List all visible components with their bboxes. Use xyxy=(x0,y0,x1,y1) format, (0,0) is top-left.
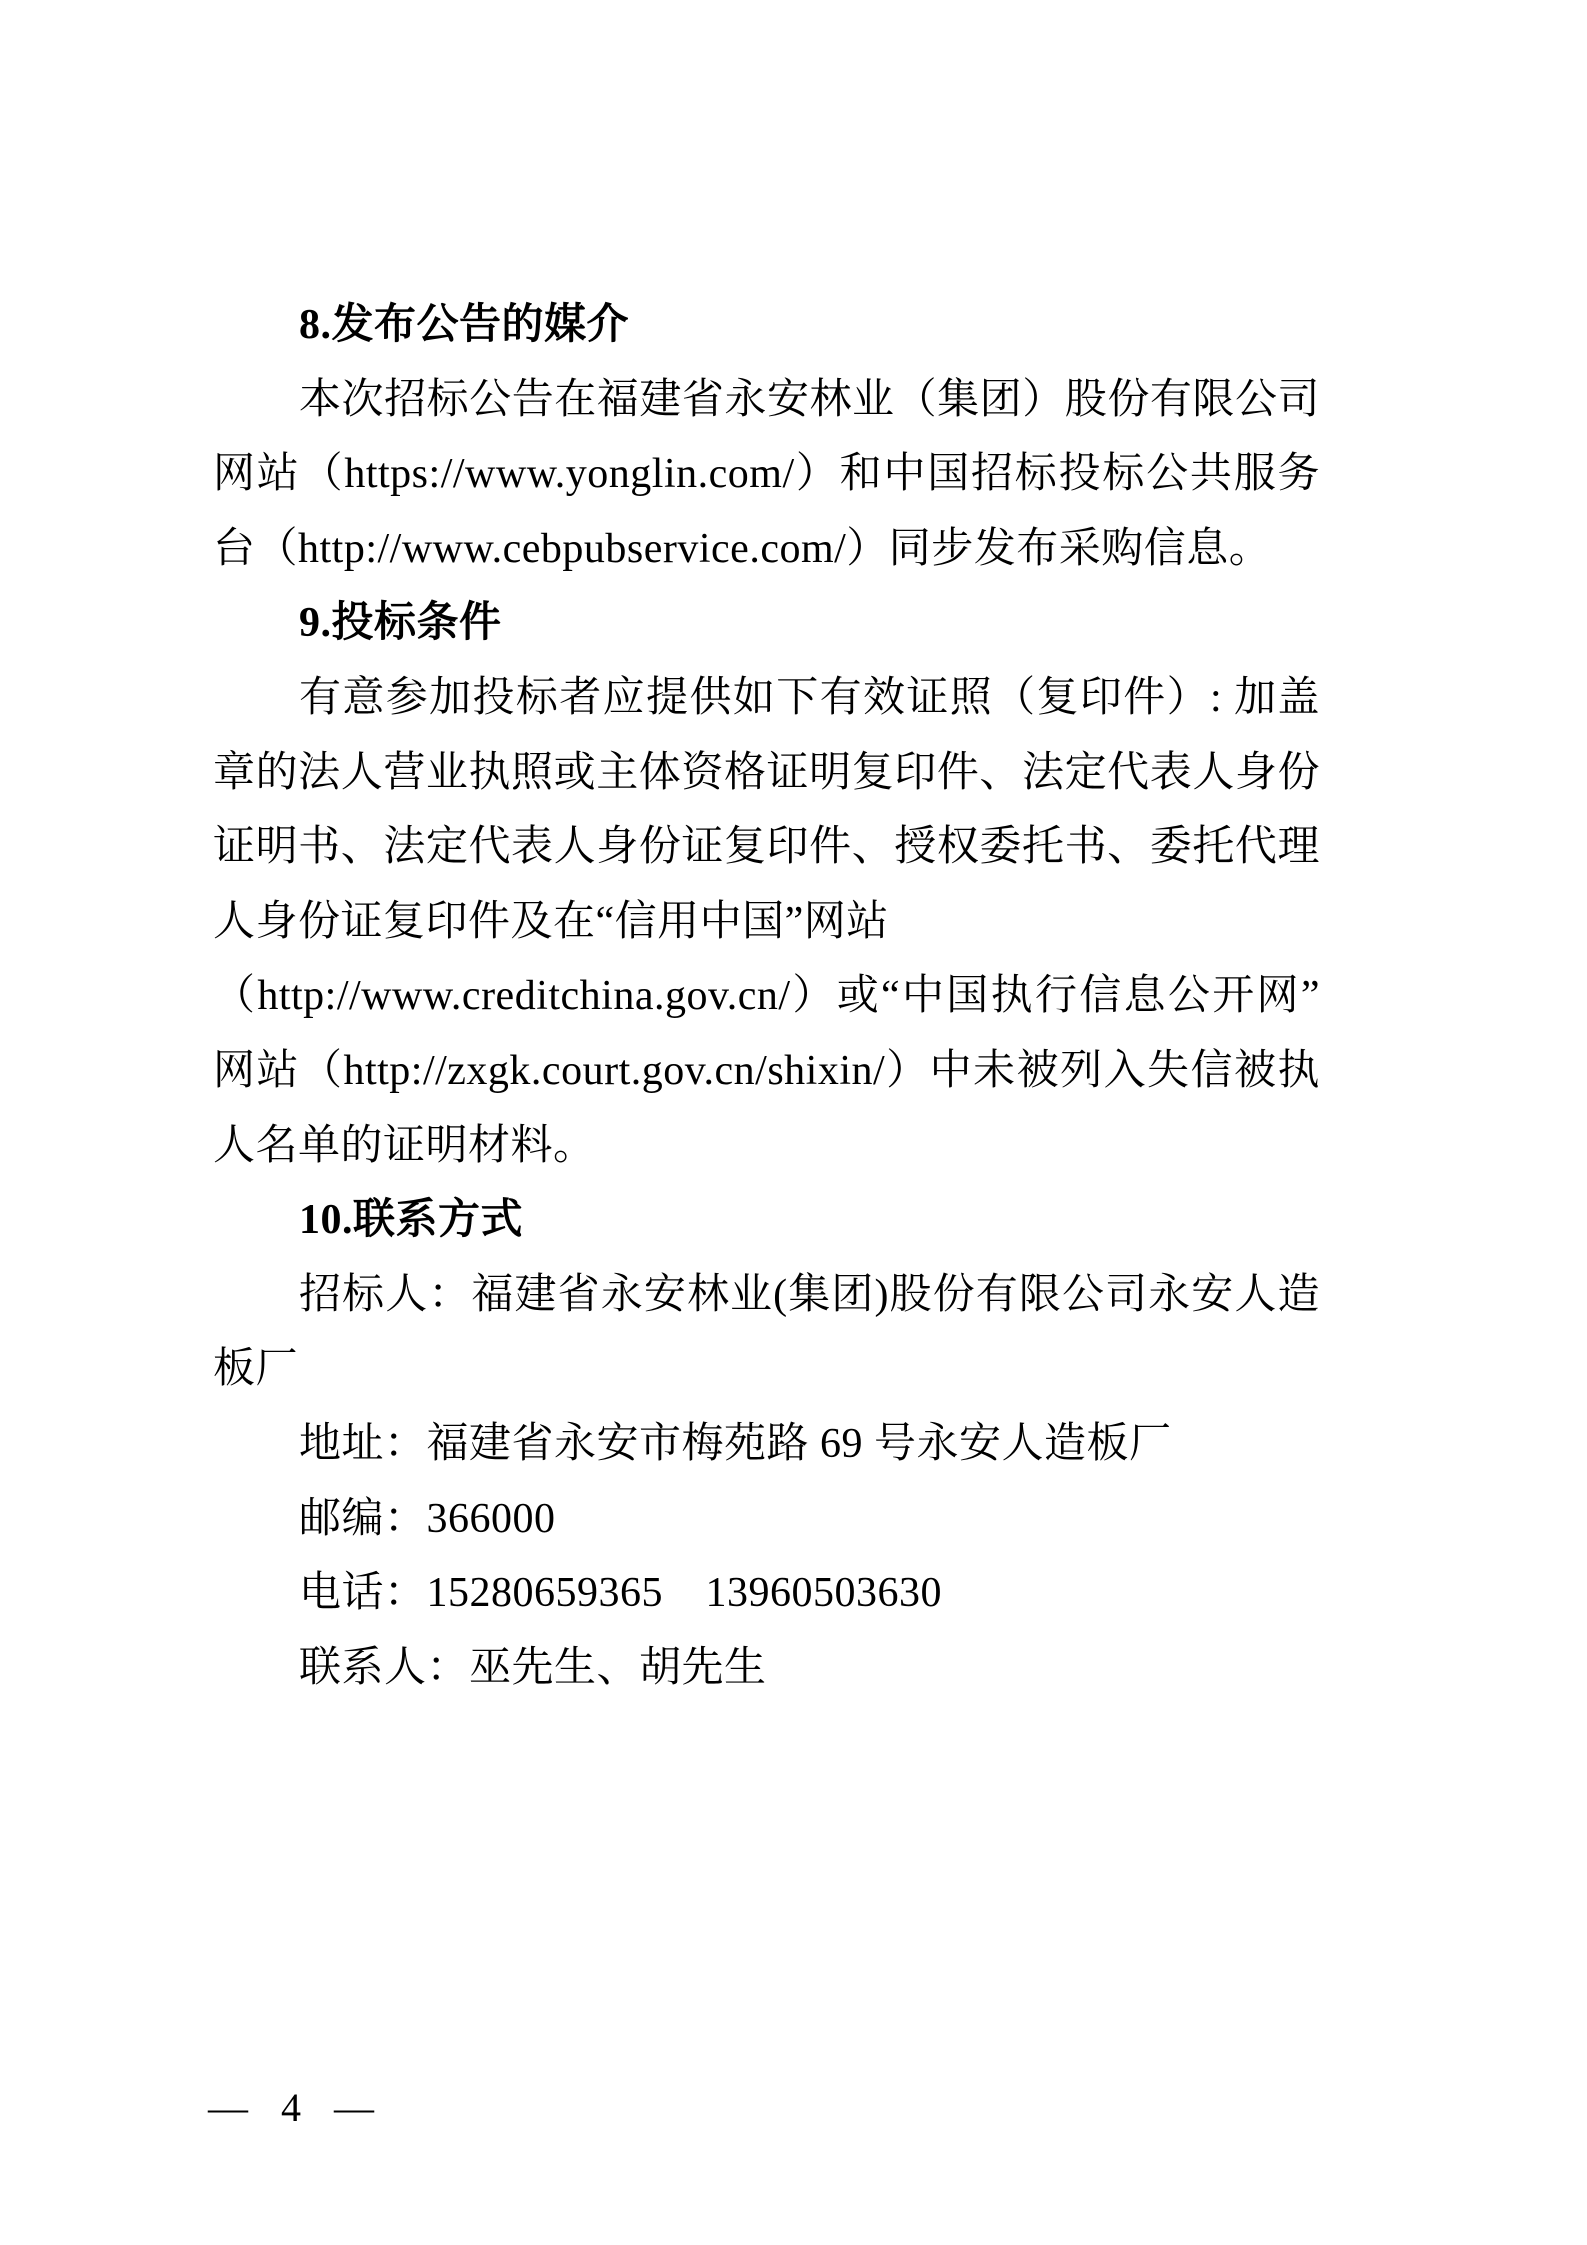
section-9-heading: 9.投标条件 xyxy=(213,586,1320,661)
section-10-line-phone: 电话：15280659365 13960503630 xyxy=(213,1556,1320,1631)
section-8-line-3: 台（http://www.cebpubservice.com/）同步发布采购信息… xyxy=(213,512,1320,587)
document-body: 8.发布公告的媒介 本次招标公告在福建省永安林业（集团）股份有限公司 网站（ht… xyxy=(213,288,1320,1705)
section-10-line-tenderer-wrap: 板厂 xyxy=(213,1332,1320,1407)
footer-dash-right: — xyxy=(334,2082,374,2134)
section-9-line-5: （http://www.creditchina.gov.cn/）或“中国执行信息… xyxy=(213,959,1320,1034)
section-9-line-4: 人身份证复印件及在“信用中国”网站 xyxy=(213,885,1320,960)
section-8-line-2: 网站（https://www.yonglin.com/）和中国招标投标公共服务平 xyxy=(213,437,1320,512)
section-9-line-1: 有意参加投标者应提供如下有效证照（复印件）: 加盖公 xyxy=(213,661,1320,736)
section-9-line-3: 证明书、法定代表人身份证复印件、授权委托书、委托代理 xyxy=(213,810,1320,885)
footer-page-number: 4 xyxy=(281,2082,301,2134)
section-10-line-contacts: 联系人：巫先生、胡先生 xyxy=(213,1631,1320,1706)
section-10-line-address: 地址：福建省永安市梅苑路 69 号永安人造板厂 xyxy=(213,1407,1320,1482)
section-8-line-1: 本次招标公告在福建省永安林业（集团）股份有限公司 xyxy=(213,363,1320,438)
footer-dash-left: — xyxy=(208,2082,248,2134)
section-10-line-tenderer: 招标人：福建省永安林业(集团)股份有限公司永安人造 xyxy=(213,1258,1320,1333)
section-9-line-6: 网站（http://zxgk.court.gov.cn/shixin/）中未被列… xyxy=(213,1034,1320,1109)
section-8-heading: 8.发布公告的媒介 xyxy=(213,288,1320,363)
section-10-line-postcode: 邮编：366000 xyxy=(213,1482,1320,1557)
document-page: 8.发布公告的媒介 本次招标公告在福建省永安林业（集团）股份有限公司 网站（ht… xyxy=(0,0,1587,2245)
section-9-line-7: 人名单的证明材料。 xyxy=(213,1109,1320,1184)
section-10-heading: 10.联系方式 xyxy=(213,1183,1320,1258)
section-9-line-2: 章的法人营业执照或主体资格证明复印件、法定代表人身份 xyxy=(213,736,1320,811)
page-footer: — 4 — xyxy=(208,2082,374,2134)
